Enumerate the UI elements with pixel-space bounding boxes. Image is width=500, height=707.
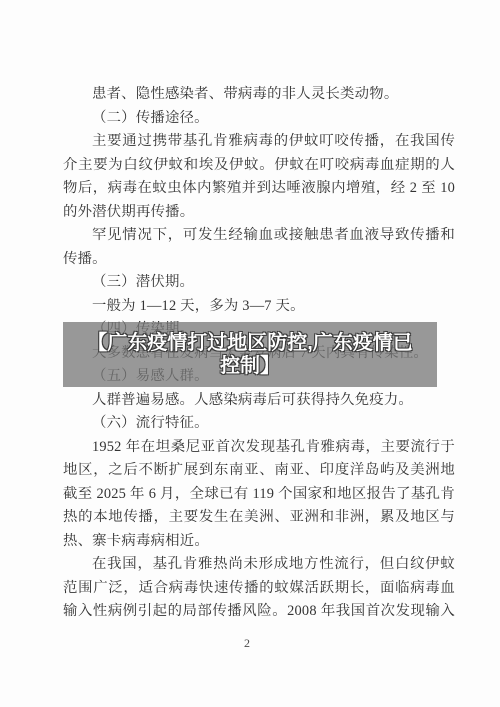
text-line: （三）潜伏期。 xyxy=(63,271,455,295)
text-line: 介主要为白纹伊蚊和埃及伊蚊。伊蚊在叮咬病毒血症期的人或动 xyxy=(63,154,455,178)
text-line: 地区，之后不断扩展到东南亚、南亚、印度洋岛屿及美洲地区。 xyxy=(63,459,455,483)
text-line: 热的本地传播，主要发生在美洲、亚洲和非洲，累及地区与登革 xyxy=(63,506,455,530)
text-line: 人群普遍易感。人感染病毒后可获得持久免疫力。 xyxy=(63,389,455,413)
overlay-headline-line1: 【广东疫情打过地区防控,广东疫情已 xyxy=(87,332,413,355)
text-line: 1952 年在坦桑尼亚首次发现基孔肯雅病毒，主要流行于非洲 xyxy=(63,436,455,460)
text-line: 截至 2025 年 6 月，全球已有 119 个国家和地区报告了基孔肯雅 xyxy=(63,483,455,507)
overlay-banner: 【广东疫情打过地区防控,广东疫情已 控制】 xyxy=(63,322,437,387)
text-line: 主要通过携带基孔肯雅病毒的伊蚊叮咬传播，在我国传播媒 xyxy=(63,130,455,154)
overlay-headline-line2: 控制】 xyxy=(220,355,280,378)
text-line: （二）传播途径。 xyxy=(63,107,455,131)
page-number: 2 xyxy=(0,636,494,651)
text-line: 一般为 1—12 天，多为 3—7 天。 xyxy=(63,295,455,319)
text-line: 范围广泛，适合病毒快速传播的蚊媒活跃期长，面临病毒血症期 xyxy=(63,577,455,601)
document-page: 患者、隐性感染者、带病毒的非人灵长类动物。（二）传播途径。主要通过携带基孔肯雅病… xyxy=(0,0,500,707)
text-line: 输入性病例引起的局部传播风险。2008 年我国首次发现输入性病 xyxy=(63,600,455,624)
text-line: 罕见情况下，可发生经输血或接触患者血液导致传播和母婴 xyxy=(63,224,455,248)
text-line: 在我国，基孔肯雅热尚未形成地方性流行，但白纹伊蚊分布 xyxy=(63,553,455,577)
text-line: （六）流行特征。 xyxy=(63,412,455,436)
text-line: 患者、隐性感染者、带病毒的非人灵长类动物。 xyxy=(63,83,455,107)
text-line: 的外潜伏期再传播。 xyxy=(63,201,455,225)
text-line: 传播。 xyxy=(63,248,455,272)
text-line: 热、寨卡病毒病相近。 xyxy=(63,530,455,554)
text-line: 物后，病毒在蚊虫体内繁殖并到达唾液腺内增殖，经 2 至 10 天 xyxy=(63,177,455,201)
